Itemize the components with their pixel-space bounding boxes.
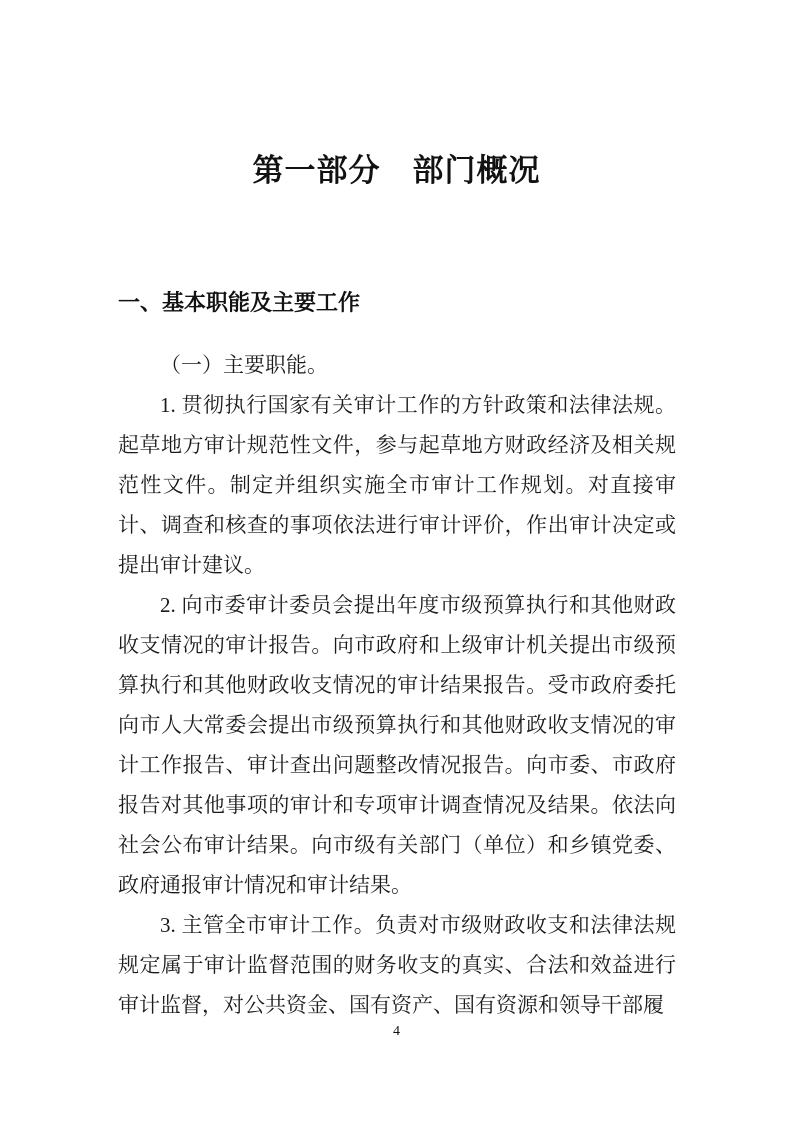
paragraph-duty-2: 2. 向市委审计委员会提出年度市级预算执行和其他财政收支情况的审计报告。向市政府… — [118, 585, 676, 905]
paragraph-duty-1: 1. 贯彻执行国家有关审计工作的方针政策和法律法规。起草地方审计规范性文件，参与… — [118, 385, 676, 585]
page-number: 4 — [0, 1022, 793, 1042]
page-title: 第一部分 部门概况 — [0, 149, 793, 193]
paragraph-main-functions: （一）主要职能。 — [118, 345, 676, 385]
paragraph-duty-3: 3. 主管全市审计工作。负责对市级财政收支和法律法规规定属于审计监督范围的财务收… — [118, 905, 676, 1025]
section-heading: 一、基本职能及主要工作 — [118, 287, 360, 319]
document-body: （一）主要职能。 1. 贯彻执行国家有关审计工作的方针政策和法律法规。起草地方审… — [118, 345, 676, 1025]
document-page: 第一部分 部门概况 一、基本职能及主要工作 （一）主要职能。 1. 贯彻执行国家… — [0, 0, 793, 1122]
